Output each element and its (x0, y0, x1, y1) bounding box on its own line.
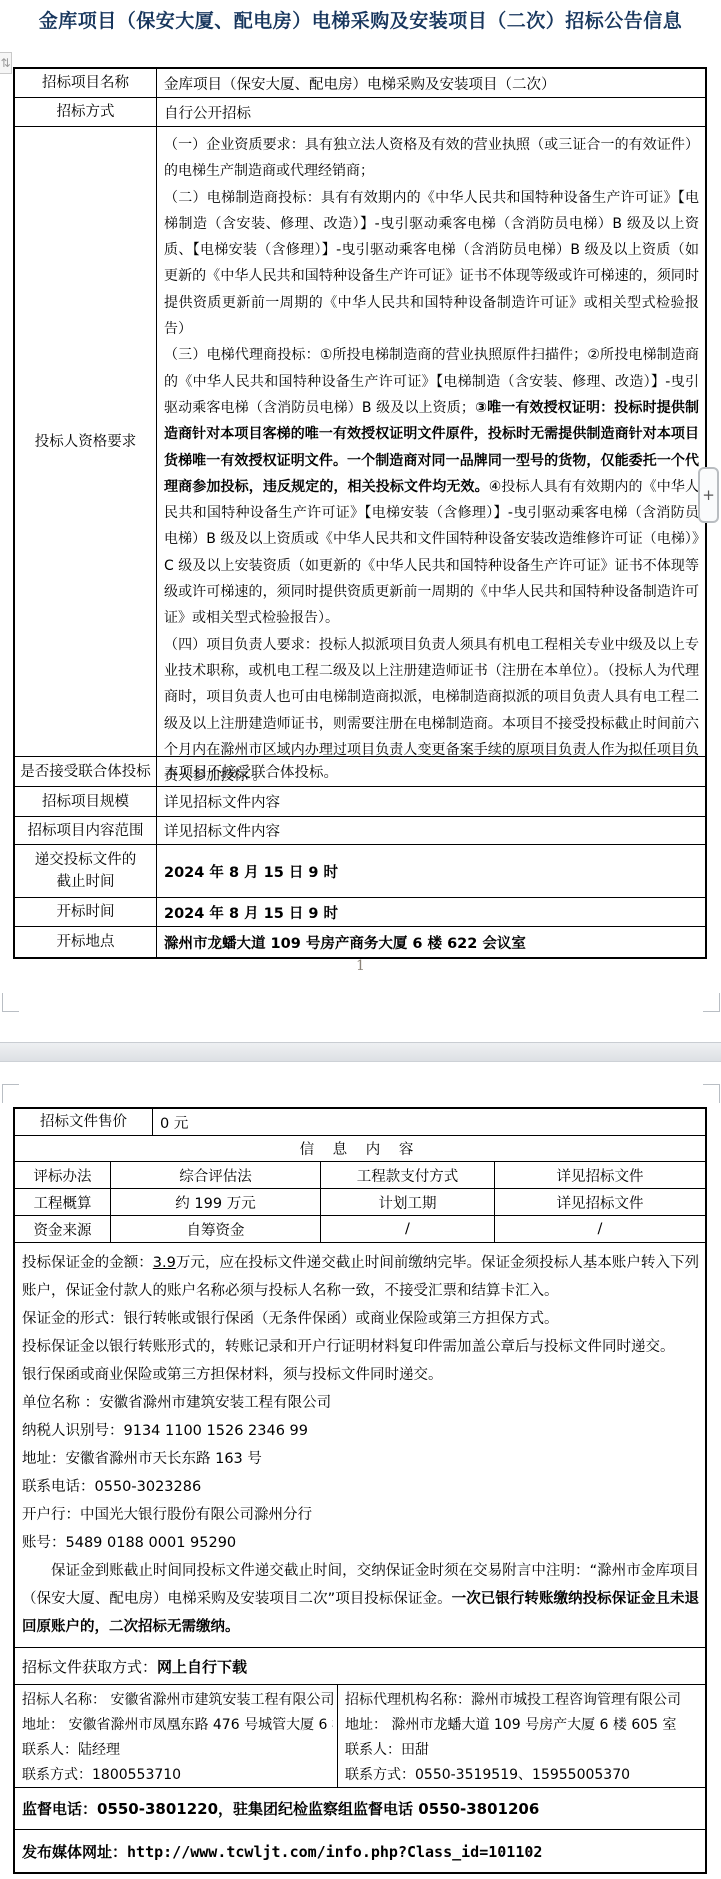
plus-button[interactable]: + (698, 467, 719, 523)
announcement-table: 招标项目名称 金库项目（保安大厦、配电房）电梯采购及安装项目（二次） 招标方式 … (13, 67, 707, 959)
evaluation-method-label: 评标办法 (15, 1162, 111, 1188)
agency-contact: 联系人：田甜 (345, 1738, 701, 1763)
table-row: 招标文件售价 0 元 (15, 1109, 705, 1136)
table-row: 发布媒体网址：http://www.tcwljt.com/info.php?Cl… (15, 1830, 705, 1872)
table-row: 是否接受联合体投标 本项目不接受联合体投标。 (15, 757, 705, 787)
project-name-label: 招标项目名称 (15, 69, 157, 97)
consortium-label: 是否接受联合体投标 (15, 757, 157, 786)
table-row: 招标人名称： 安徽省滁州市建筑安装工程有限公司 地址： 安徽省滁州市凤凰东路 4… (15, 1685, 705, 1788)
submission-deadline-value: 2024 年 8 月 15 日 9 时 (157, 845, 705, 897)
table-row: 评标办法 综合评估法 工程款支付方式 详见招标文件 (15, 1162, 705, 1189)
project-scope-value: 详见招标文件内容 (157, 817, 705, 844)
table-row: 投标保证金的金额：3.9万元，应在投标文件递交截止时间前缴纳完毕。保证金须投标人… (15, 1243, 705, 1648)
document-obtain-method: 招标文件获取方式：网上自行下载 (15, 1648, 705, 1684)
supervision-phone: 监督电话：0550-3801220，驻集团纪检监察组监督电话 0550-3801… (15, 1788, 705, 1829)
payment-method-value: 详见招标文件 (495, 1162, 705, 1188)
page-title: 金库项目（保安大厦、配电房）电梯采购及安装项目（二次）招标公告信息 (0, 6, 721, 33)
doc-price-value: 0 元 (153, 1109, 705, 1135)
funding-source-label: 资金来源 (15, 1216, 111, 1242)
budget-label: 工程概算 (15, 1189, 111, 1215)
page-corner-mark (2, 993, 19, 1012)
schedule-label: 计划工期 (321, 1189, 495, 1215)
page-number: 1 (0, 958, 721, 974)
media-url[interactable]: 发布媒体网址：http://www.tcwljt.com/info.php?Cl… (15, 1830, 705, 1872)
page-corner-mark (703, 1084, 720, 1103)
project-scale-label: 招标项目规模 (15, 787, 157, 816)
bid-method-value: 自行公开招标 (157, 98, 705, 126)
agency-name: 招标代理机构名称：滁州市城投工程咨询管理有限公司 (345, 1688, 701, 1713)
opening-place-value: 滁州市龙蟠大道 109 号房产商务大厦 6 楼 622 会议室 (157, 927, 705, 957)
table-handle-icon[interactable]: ⇅ (0, 52, 12, 74)
table-row: 开标时间 2024 年 8 月 15 日 9 时 (15, 898, 705, 927)
table-row: 招标项目规模 详见招标文件内容 (15, 787, 705, 817)
document-page: { "page": { "title": "金库项目（保安大厦、配电房）电梯采购… (0, 0, 721, 1879)
qualification-label: 投标人资格要求 (15, 127, 157, 756)
agency-info: 招标代理机构名称：滁州市城投工程咨询管理有限公司 地址： 滁州市龙蟠大道 109… (338, 1685, 705, 1787)
schedule-value: 详见招标文件 (495, 1189, 705, 1215)
agency-phone: 联系方式：0550-3519519、15955005370 (345, 1763, 701, 1788)
tenderer-address: 地址： 安徽省滁州市凤凰东路 476 号城管大厦 6 楼 (22, 1713, 333, 1738)
table-row: 资金来源 自筹资金 / / (15, 1216, 705, 1243)
table-row: 信 息 内 容 (15, 1136, 705, 1162)
table-row: 投标人资格要求 （一）企业资质要求：具有独立法人资格及有效的营业执照（或三证合一… (15, 127, 705, 757)
evaluation-method-value: 综合评估法 (111, 1162, 321, 1188)
table-row: 工程概算 约 199 万元 计划工期 详见招标文件 (15, 1189, 705, 1216)
table-row: 招标文件获取方式：网上自行下载 (15, 1648, 705, 1685)
page-corner-mark (703, 993, 720, 1012)
tenderer-info: 招标人名称： 安徽省滁州市建筑安装工程有限公司 地址： 安徽省滁州市凤凰东路 4… (15, 1685, 338, 1787)
opening-time-value: 2024 年 8 月 15 日 9 时 (157, 898, 705, 926)
agency-address: 地址： 滁州市龙蟠大道 109 号房产大厦 6 楼 605 室 (345, 1713, 701, 1738)
payment-method-label: 工程款支付方式 (321, 1162, 495, 1188)
table-row: 招标项目内容范围 详见招标文件内容 (15, 817, 705, 845)
table-row: 监督电话：0550-3801220，驻集团纪检监察组监督电话 0550-3801… (15, 1788, 705, 1830)
info-table: 招标文件售价 0 元 信 息 内 容 评标办法 综合评估法 工程款支付方式 详见… (13, 1107, 707, 1874)
page-break-separator (0, 1042, 721, 1062)
project-scale-value: 详见招标文件内容 (157, 787, 705, 816)
bid-method-label: 招标方式 (15, 98, 157, 126)
page-corner-mark (2, 1084, 19, 1103)
table-row: 招标项目名称 金库项目（保安大厦、配电房）电梯采购及安装项目（二次） (15, 69, 705, 98)
budget-value: 约 199 万元 (111, 1189, 321, 1215)
doc-price-label: 招标文件售价 (15, 1109, 153, 1135)
table-row: 递交投标文件的 截止时间 2024 年 8 月 15 日 9 时 (15, 845, 705, 898)
table-row: 招标方式 自行公开招标 (15, 98, 705, 127)
tenderer-phone: 联系方式：1800553710 (22, 1763, 333, 1788)
table-row: 开标地点 滁州市龙蟠大道 109 号房产商务大厦 6 楼 622 会议室 (15, 927, 705, 957)
submission-deadline-label: 递交投标文件的 截止时间 (15, 845, 157, 897)
funding-slash: / (495, 1216, 705, 1242)
opening-place-label: 开标地点 (15, 927, 157, 957)
deposit-details-text: 投标保证金的金额：3.9万元，应在投标文件递交截止时间前缴纳完毕。保证金须投标人… (15, 1243, 705, 1647)
project-name-value: 金库项目（保安大厦、配电房）电梯采购及安装项目（二次） (157, 69, 705, 97)
consortium-value: 本项目不接受联合体投标。 (157, 757, 705, 786)
qualification-text: （一）企业资质要求：具有独立法人资格及有效的营业执照（或三证合一的有效证件）的电… (157, 127, 705, 756)
funding-source-value: 自筹资金 (111, 1216, 321, 1242)
tenderer-contact: 联系人：陆经理 (22, 1738, 333, 1763)
funding-slash: / (321, 1216, 495, 1242)
project-scope-label: 招标项目内容范围 (15, 817, 157, 844)
tenderer-name: 招标人名称： 安徽省滁州市建筑安装工程有限公司 (22, 1688, 333, 1713)
info-content-header: 信 息 内 容 (15, 1136, 705, 1161)
opening-time-label: 开标时间 (15, 898, 157, 926)
